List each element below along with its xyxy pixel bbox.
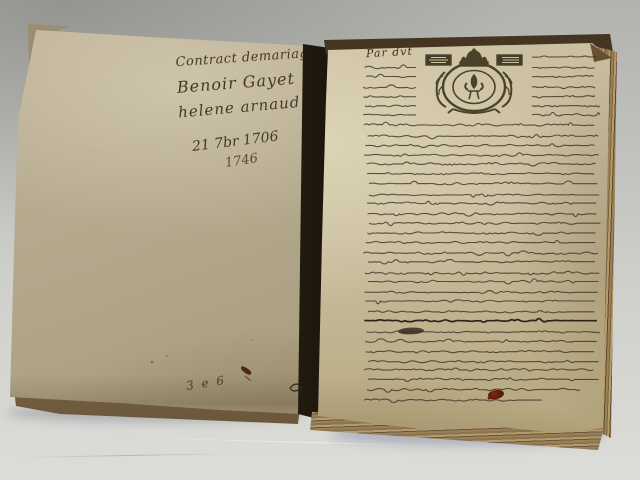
manuscript-photo: Contract demariage Benoir Gayet helene a… [0,0,640,480]
surface-scratch [20,453,240,458]
tax-stamp-icon [423,46,525,114]
opening-word: Par dvt [366,45,414,60]
